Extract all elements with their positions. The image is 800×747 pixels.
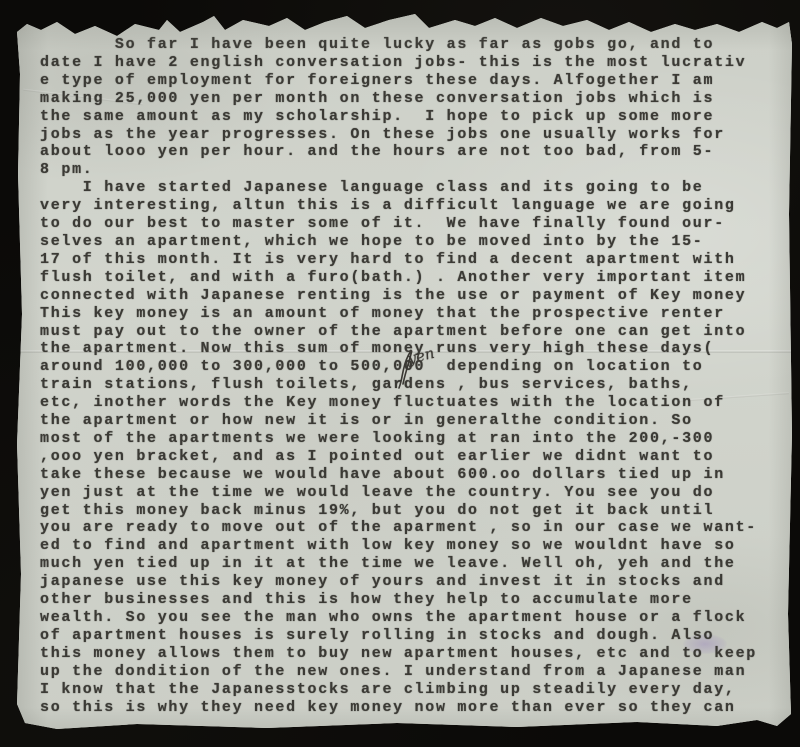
- typed-line: making 25,000 yen per month on these con…: [40, 90, 792, 108]
- typed-line: ed to find and apartment with low key mo…: [40, 537, 792, 555]
- typed-line: the same amount as my scholarship. I hop…: [40, 108, 792, 126]
- typed-line: ,ooo yen bracket, and as I pointed out e…: [40, 448, 792, 466]
- typed-line: this money allows them to buy new apartm…: [40, 645, 792, 663]
- typed-letter-body: So far I have been quite lucky as far as…: [17, 14, 792, 716]
- typed-line: I have started Japanese language class a…: [40, 179, 792, 197]
- typed-line: much yen tied up in it at the time we le…: [40, 555, 792, 573]
- typed-line: This key money is an amount of money tha…: [40, 305, 792, 323]
- typed-line: I know that the Japanesstocks are climbi…: [40, 681, 792, 699]
- typed-line: e type of employment for foreigners thes…: [40, 72, 792, 90]
- typed-line: 8 pm.: [40, 161, 792, 179]
- typed-line: about looo yen per hour. and the hours a…: [40, 143, 792, 161]
- typed-line: wealth. So you see the man who owns the …: [40, 609, 792, 627]
- typed-line: jobs as the year progresses. On these jo…: [40, 126, 792, 144]
- typed-line: other businesses and this is how they he…: [40, 591, 792, 609]
- typed-line: so this is why they need key money now m…: [40, 699, 792, 717]
- typed-line: 17 of this month. It is very hard to fin…: [40, 251, 792, 269]
- typed-line: yen just at the time we would leave the …: [40, 484, 792, 502]
- typed-line: must pay out to the owner of the apartme…: [40, 323, 792, 341]
- typed-line: up the dondition of the new ones. I unde…: [40, 663, 792, 681]
- typed-line: So far I have been quite lucky as far as…: [40, 36, 792, 54]
- typed-line: most of the apartments we were looking a…: [40, 430, 792, 448]
- typed-line: take these because we would have about 6…: [40, 466, 792, 484]
- letter-paper: So far I have been quite lucky as far as…: [17, 14, 792, 736]
- svg-text:yen: yen: [405, 344, 437, 368]
- typed-line: of apartment houses is surely rolling in…: [40, 627, 792, 645]
- typed-line: the apartment or how new it is or in gen…: [40, 412, 792, 430]
- typed-line: date I have 2 english conversation jobs-…: [40, 54, 792, 72]
- typed-line: get this money back minus 19%, but you d…: [40, 502, 792, 520]
- handwritten-yen-annotation: yen: [389, 344, 445, 390]
- typed-line: very interesting, altun this is a diffic…: [40, 197, 792, 215]
- typed-line: flush toilet, and with a furo(bath.) . A…: [40, 269, 792, 287]
- typed-line: to do our best to master some of it. We …: [40, 215, 792, 233]
- typed-line: etc, inother words the Key money fluctua…: [40, 394, 792, 412]
- typed-line: connected with Japanese renting is the u…: [40, 287, 792, 305]
- typed-line: selves an apartment, which we hope to be…: [40, 233, 792, 251]
- typed-line: japanese use this key money of yours and…: [40, 573, 792, 591]
- typed-line: you are ready to move out of the aparmen…: [40, 519, 792, 537]
